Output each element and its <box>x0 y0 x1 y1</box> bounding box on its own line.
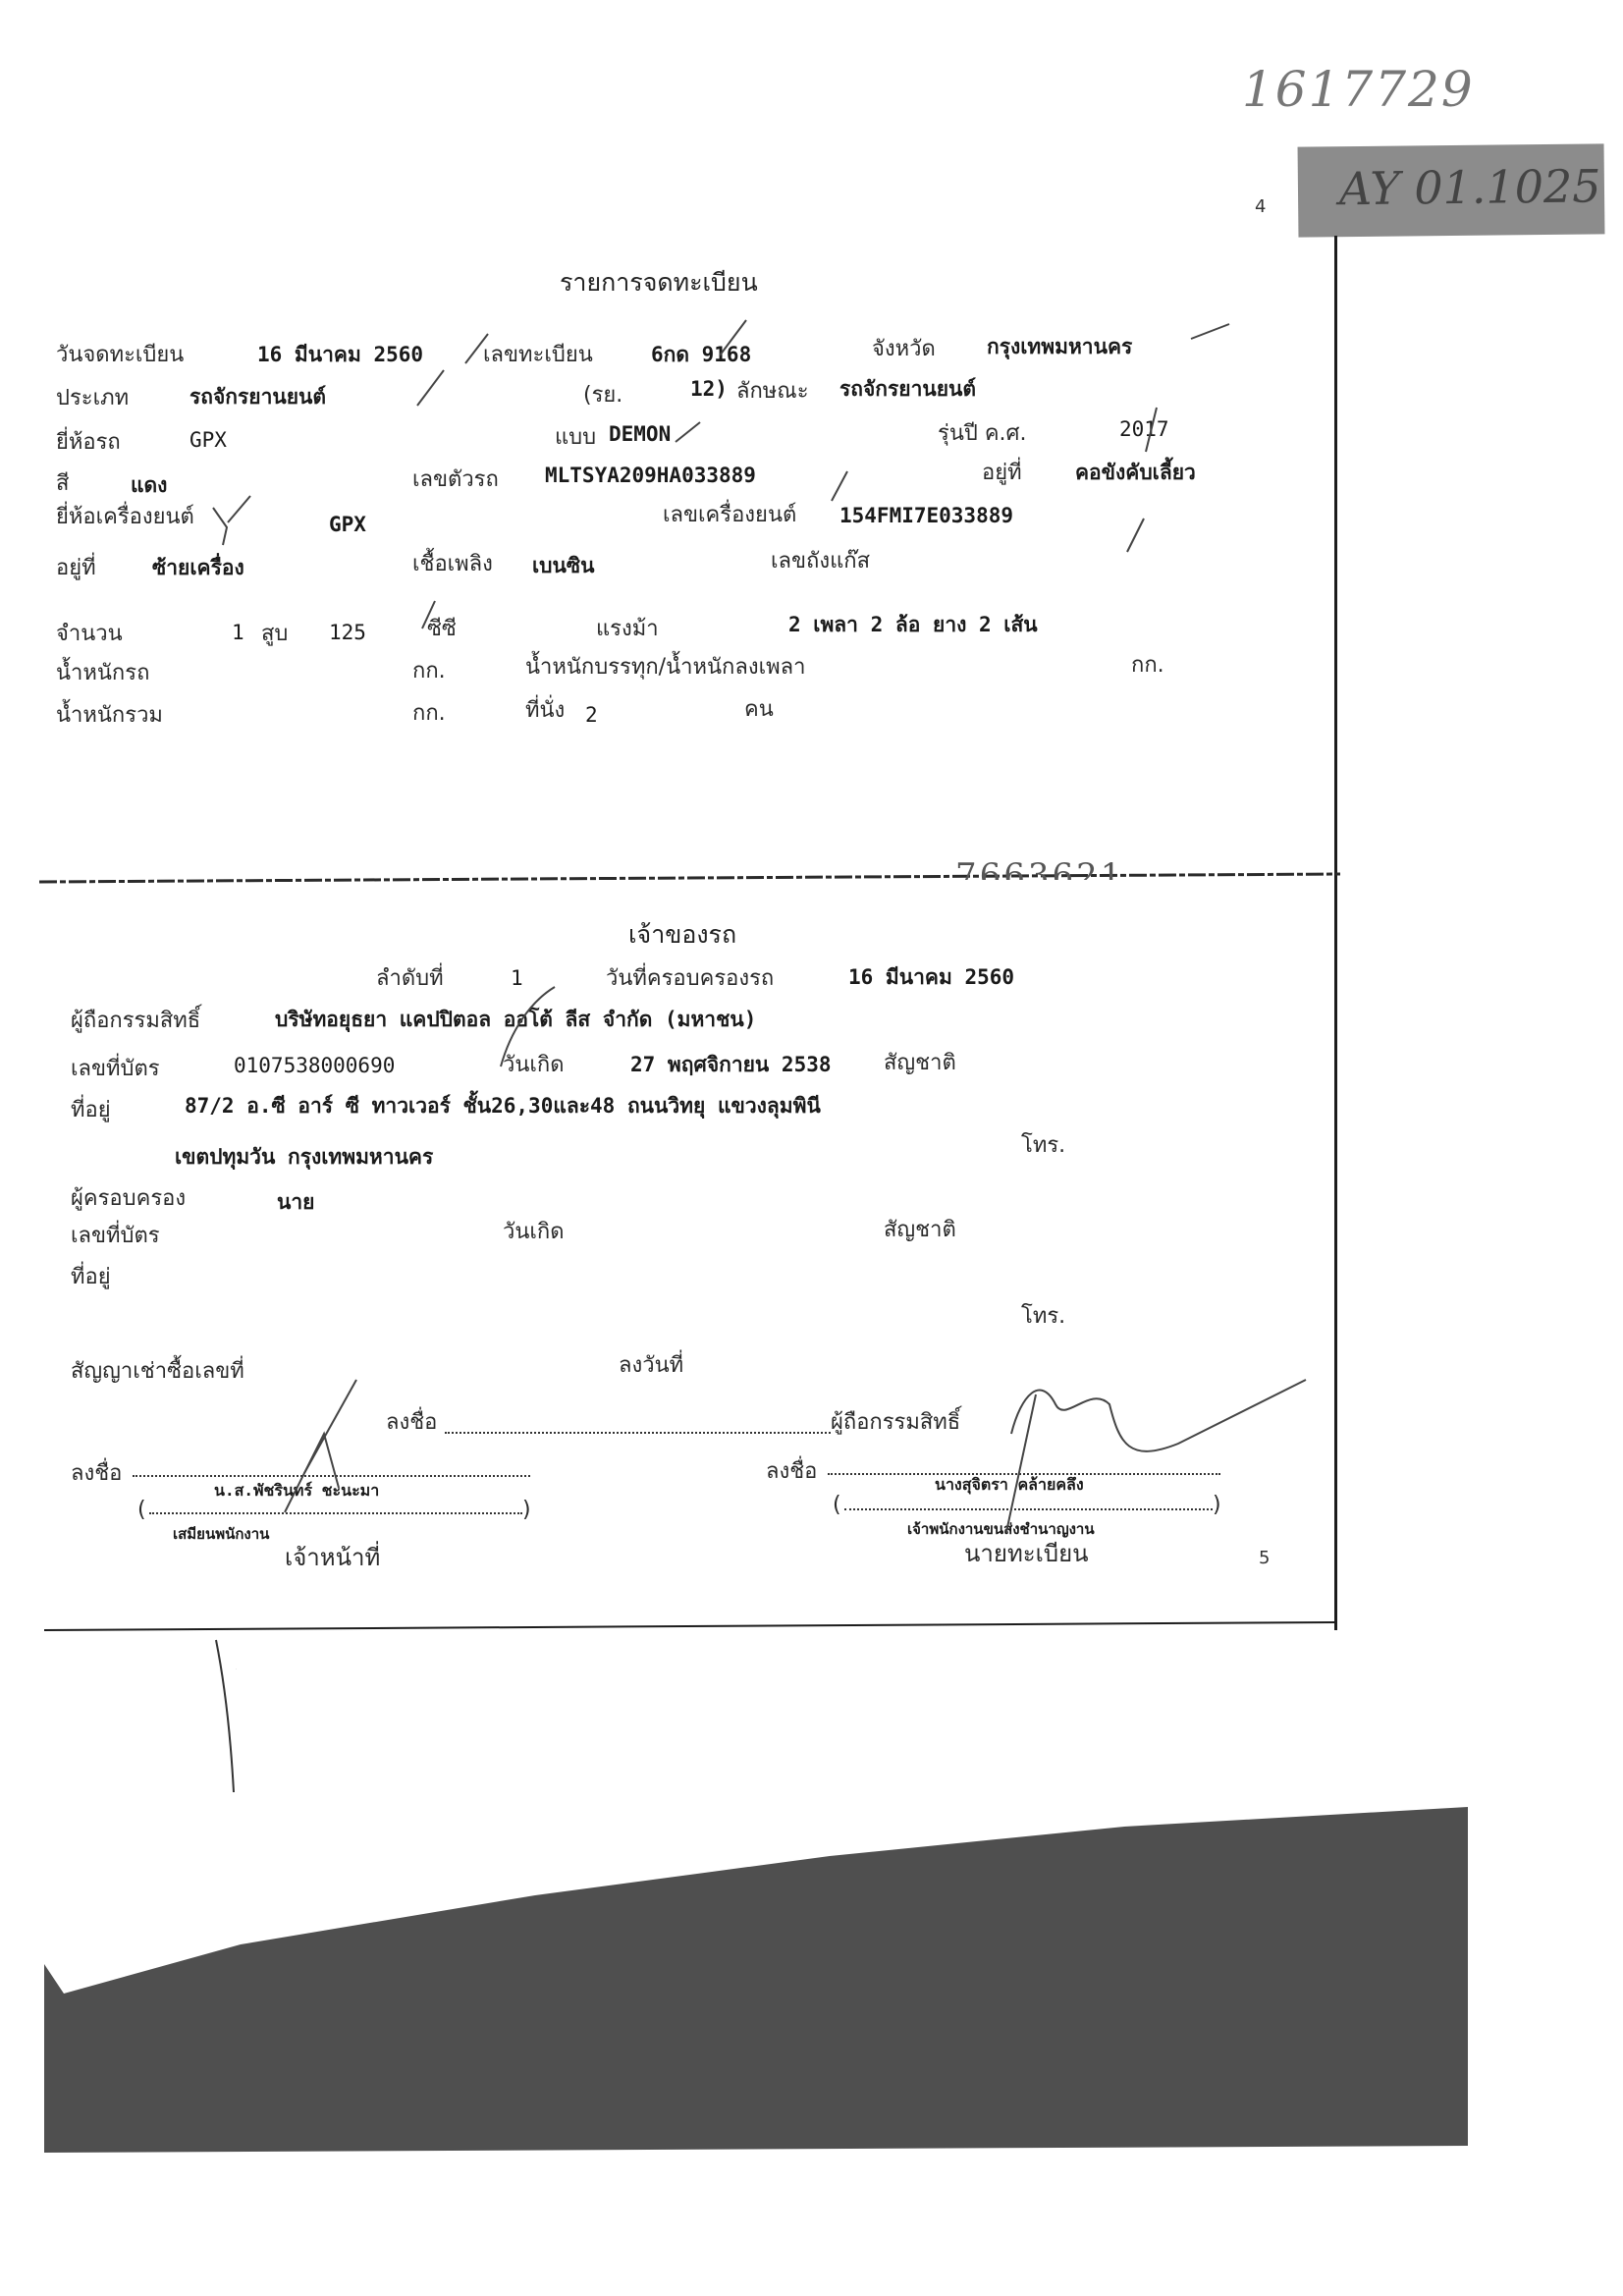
stray-line <box>196 1630 275 1807</box>
check-marks <box>0 0 1623 1669</box>
scan-shadow <box>44 1787 1468 2170</box>
